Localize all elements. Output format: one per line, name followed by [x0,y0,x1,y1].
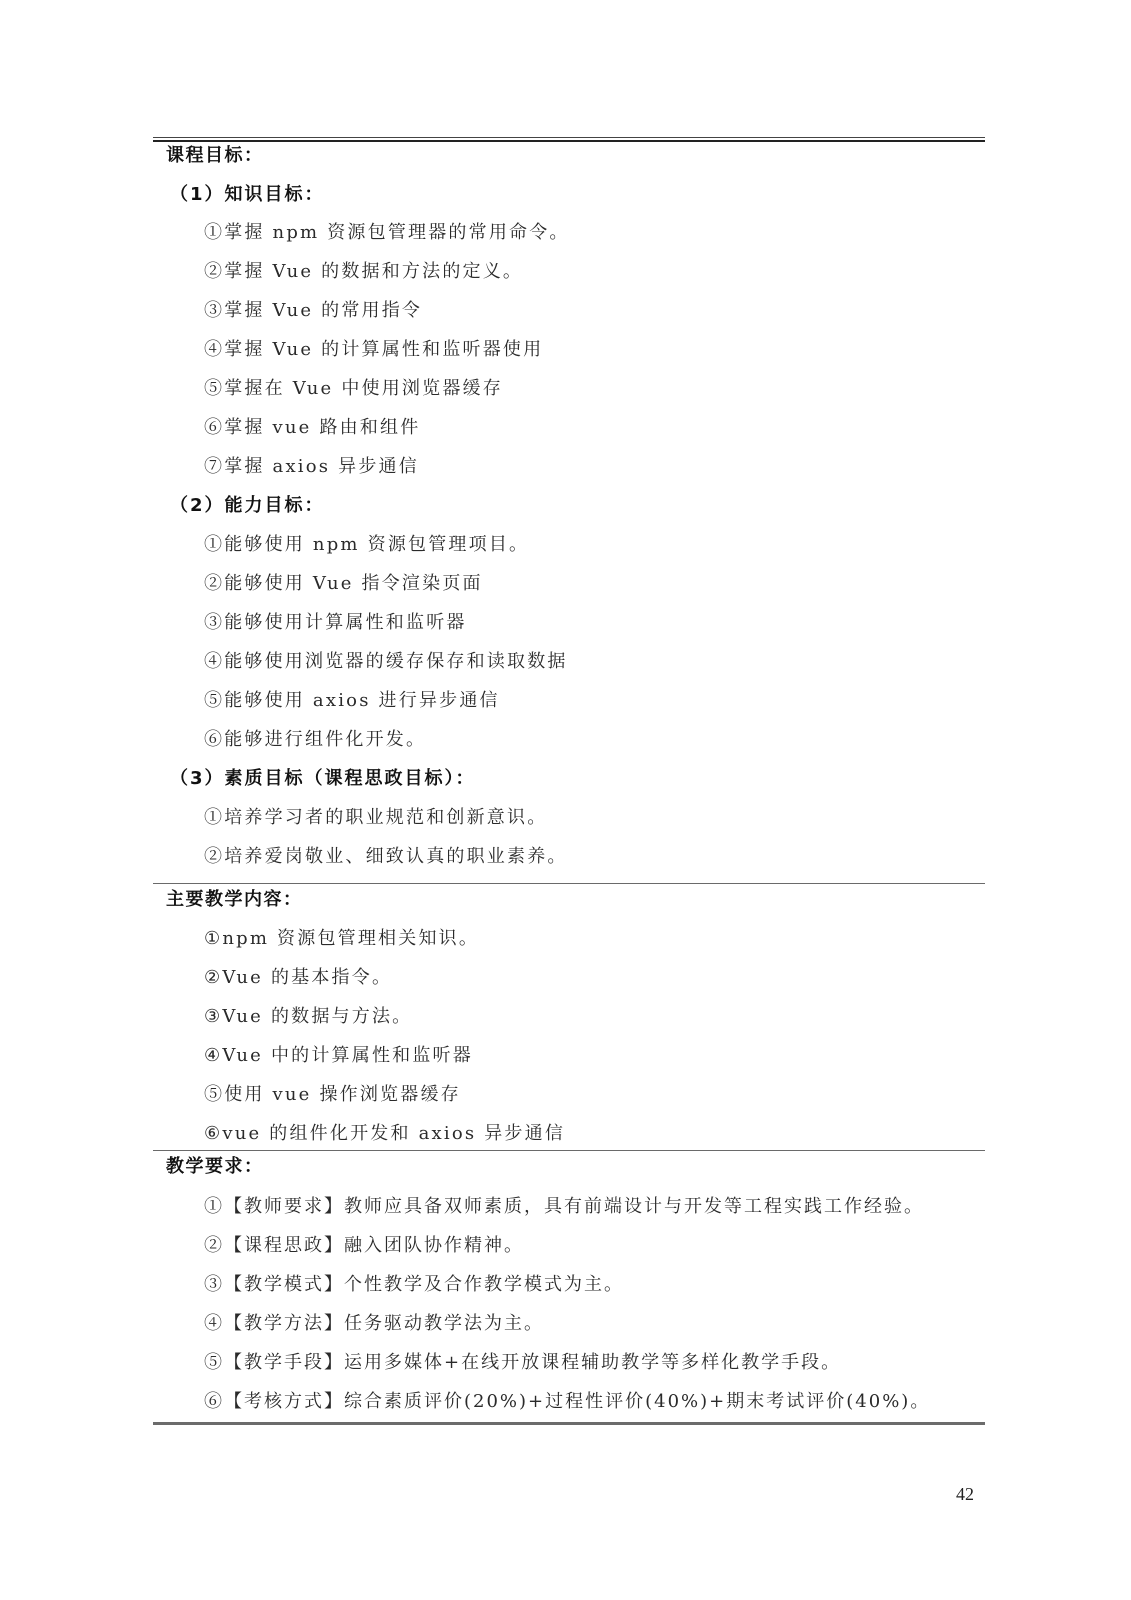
section-title-teaching-requirements: 教学要求： [166,1156,264,1178]
document-page: 课程目标： （1）知识目标： ①掌握 npm 资源包管理器的常用命令。 ②掌握 … [0,0,1131,1600]
requirement-item: ②【课程思政】融入团队协作精神。 [204,1235,524,1257]
quality-item: ②培养爱岗敬业、细致认真的职业素养。 [204,846,568,868]
table-bottom-border [153,1422,985,1425]
table-top-border [153,137,985,142]
ability-item: ⑤能够使用 axios 进行异步通信 [204,690,500,712]
quality-item: ①培养学习者的职业规范和创新意识。 [204,807,547,829]
section-divider [153,883,985,884]
content-item: ⑥vue 的组件化开发和 axios 异步通信 [204,1123,565,1145]
knowledge-item: ⑦掌握 axios 异步通信 [204,456,419,478]
requirement-item: ①【教师要求】教师应具备双师素质，具有前端设计与开发等工程实践工作经验。 [204,1196,924,1218]
ability-item: ⑥能够进行组件化开发。 [204,729,426,751]
ability-item: ①能够使用 npm 资源包管理项目。 [204,534,529,556]
knowledge-item: ④掌握 Vue 的计算属性和监听器使用 [204,339,543,361]
content-item: ①npm 资源包管理相关知识。 [204,928,479,950]
content-item: ③Vue 的数据与方法。 [204,1006,412,1028]
content-item: ④Vue 中的计算属性和监听器 [204,1045,473,1067]
knowledge-item: ①掌握 npm 资源包管理器的常用命令。 [204,222,570,244]
page-number: 42 [956,1484,974,1505]
knowledge-item: ⑤掌握在 Vue 中使用浏览器缓存 [204,378,503,400]
subsection-title-knowledge: （1）知识目标： [170,184,325,206]
subsection-title-ability: （2）能力目标： [170,495,325,517]
requirement-item: ⑤【教学手段】运用多媒体+在线开放课程辅助教学等多样化教学手段。 [204,1352,841,1374]
requirement-item: ⑥【考核方式】综合素质评价(20%)+过程性评价(40%)+期末考试评价(40%… [204,1391,930,1413]
content-item: ⑤使用 vue 操作浏览器缓存 [204,1084,461,1106]
requirement-item: ③【教学模式】个性教学及合作教学模式为主。 [204,1274,624,1296]
ability-item: ④能够使用浏览器的缓存保存和读取数据 [204,651,568,673]
subsection-title-quality: （3）素质目标（课程思政目标）： [170,768,476,790]
knowledge-item: ③掌握 Vue 的常用指令 [204,300,422,322]
section-divider [153,1150,985,1151]
knowledge-item: ②掌握 Vue 的数据和方法的定义。 [204,261,523,283]
section-title-course-objectives: 课程目标： [166,145,264,167]
content-item: ②Vue 的基本指令。 [204,967,392,989]
section-title-main-content: 主要教学内容： [166,889,303,911]
requirement-item: ④【教学方法】任务驱动教学法为主。 [204,1313,544,1335]
ability-item: ③能够使用计算属性和监听器 [204,612,467,634]
knowledge-item: ⑥掌握 vue 路由和组件 [204,417,420,439]
ability-item: ②能够使用 Vue 指令渲染页面 [204,573,483,595]
